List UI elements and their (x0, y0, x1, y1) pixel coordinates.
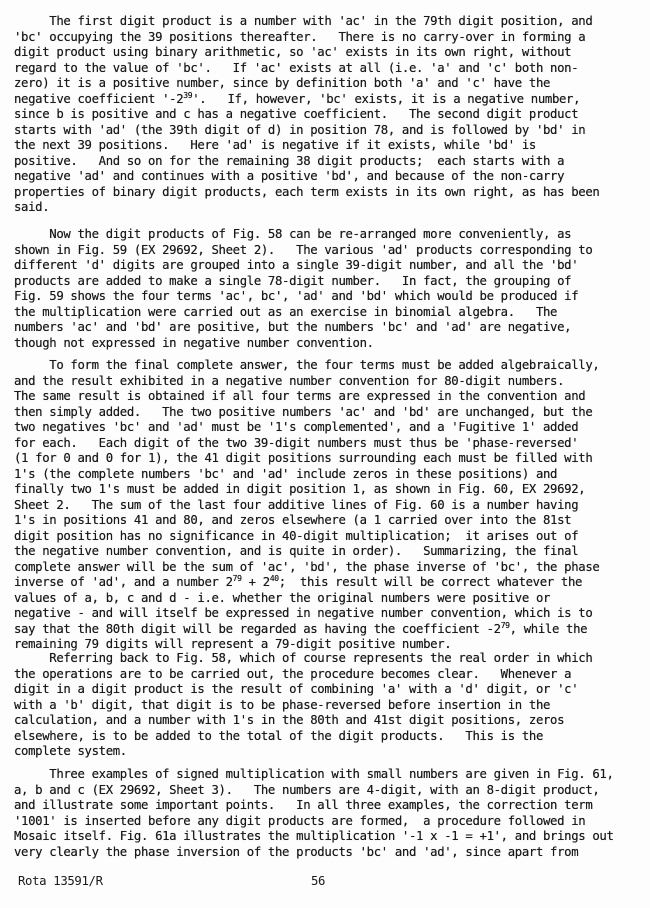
text-line: say that the 80th digit will be regarded… (14, 622, 644, 638)
text-line: numbers 'ac' and 'bd' are positive, but … (14, 320, 644, 336)
paragraph-examples: Three examples of signed multiplication … (14, 767, 644, 860)
text-line: Fig. 59 shows the four terms 'ac', bc', … (14, 289, 644, 305)
text-line: very clearly the phase inversion of the … (14, 845, 644, 861)
text-line: a, b and c (EX 29692, Sheet 3). The numb… (14, 783, 644, 799)
text-line: said. (14, 200, 644, 216)
text-line: starts with 'ad' (the 39th digit of d) i… (14, 123, 644, 139)
text-line: negative coefficient '-239'. If, however… (14, 92, 644, 108)
text-line: for each. Each digit of the two 39-digit… (14, 436, 644, 452)
text-line: Mosaic itself. Fig. 61a illustrates the … (14, 829, 644, 845)
text-line: values of a, b, c and d - i.e. whether t… (14, 591, 644, 607)
text-line: 'bc' occupying the 39 positions thereaft… (14, 30, 644, 46)
text-line: though not expressed in negative number … (14, 336, 644, 352)
text-line: zero) it is a positive number, since by … (14, 76, 644, 92)
text-line: and illustrate some important points. In… (14, 798, 644, 814)
text-line: the next 39 positions. Here 'ad' is nega… (14, 138, 644, 154)
text-line: complete answer will be the sum of 'ac',… (14, 560, 644, 576)
text-line: negative 'ad' and continues with a posit… (14, 169, 644, 185)
text-line: (1 for 0 and 0 for 1), the 41 digit posi… (14, 451, 644, 467)
paragraph-digit-products: The first digit product is a number with… (14, 14, 644, 216)
page-number: 56 (311, 874, 325, 888)
text-line: complete system. (14, 744, 644, 760)
paragraph-final-answer: To form the final complete answer, the f… (14, 358, 644, 653)
text-line: elsewhere, is to be added to the total o… (14, 729, 644, 745)
text-line: 1's (the complete numbers 'bc' and 'ad' … (14, 467, 644, 483)
text-line: and the result exhibited in a negative n… (14, 374, 644, 390)
text-line: digit in a digit product is the result o… (14, 682, 644, 698)
text-line: Three examples of signed multiplication … (14, 767, 644, 783)
text-line: 1's in positions 41 and 80, and zeros el… (14, 513, 644, 529)
text-line: finally two 1's must be added in digit p… (14, 482, 644, 498)
text-line: Now the digit products of Fig. 58 can be… (14, 227, 644, 243)
text-line: inverse of 'ad', and a number 279 + 240;… (14, 575, 644, 591)
footer-reference: Rota 13591/R (18, 874, 103, 888)
text-line: Sheet 2. The sum of the last four additi… (14, 498, 644, 514)
paragraph-rearranged-products: Now the digit products of Fig. 58 can be… (14, 227, 644, 351)
text-line: with a 'b' digit, that digit is to be ph… (14, 698, 644, 714)
text-line: the operations are to be carried out, th… (14, 667, 644, 683)
text-line: the negative number convention, and is q… (14, 544, 644, 560)
text-line: then simply added. The two positive numb… (14, 405, 644, 421)
text-line: '1001' is inserted before any digit prod… (14, 814, 644, 830)
text-line: two negatives 'bc' and 'ad' must be '1's… (14, 420, 644, 436)
text-line: regard to the value of 'bc'. If 'ac' exi… (14, 61, 644, 77)
text-line: negative - and will itself be expressed … (14, 606, 644, 622)
text-line: The first digit product is a number with… (14, 14, 644, 30)
text-line: Referring back to Fig. 58, which of cour… (14, 651, 644, 667)
paragraph-procedure: Referring back to Fig. 58, which of cour… (14, 651, 644, 760)
text-line: To form the final complete answer, the f… (14, 358, 644, 374)
text-line: the multiplication were carried out as a… (14, 305, 644, 321)
text-line: positive. And so on for the remaining 38… (14, 154, 644, 170)
text-line: properties of binary digit products, eac… (14, 185, 644, 201)
text-line: different 'd' digits are grouped into a … (14, 258, 644, 274)
text-line: shown in Fig. 59 (EX 29692, Sheet 2). Th… (14, 243, 644, 259)
text-line: products are added to make a single 78-d… (14, 274, 644, 290)
text-line: since b is positive and c has a negative… (14, 107, 644, 123)
text-line: The same result is obtained if all four … (14, 389, 644, 405)
document-page: The first digit product is a number with… (0, 0, 650, 908)
text-line: digit position has no significance in 40… (14, 529, 644, 545)
text-line: digit product using binary arithmetic, s… (14, 45, 644, 61)
text-line: calculation, and a number with 1's in th… (14, 713, 644, 729)
